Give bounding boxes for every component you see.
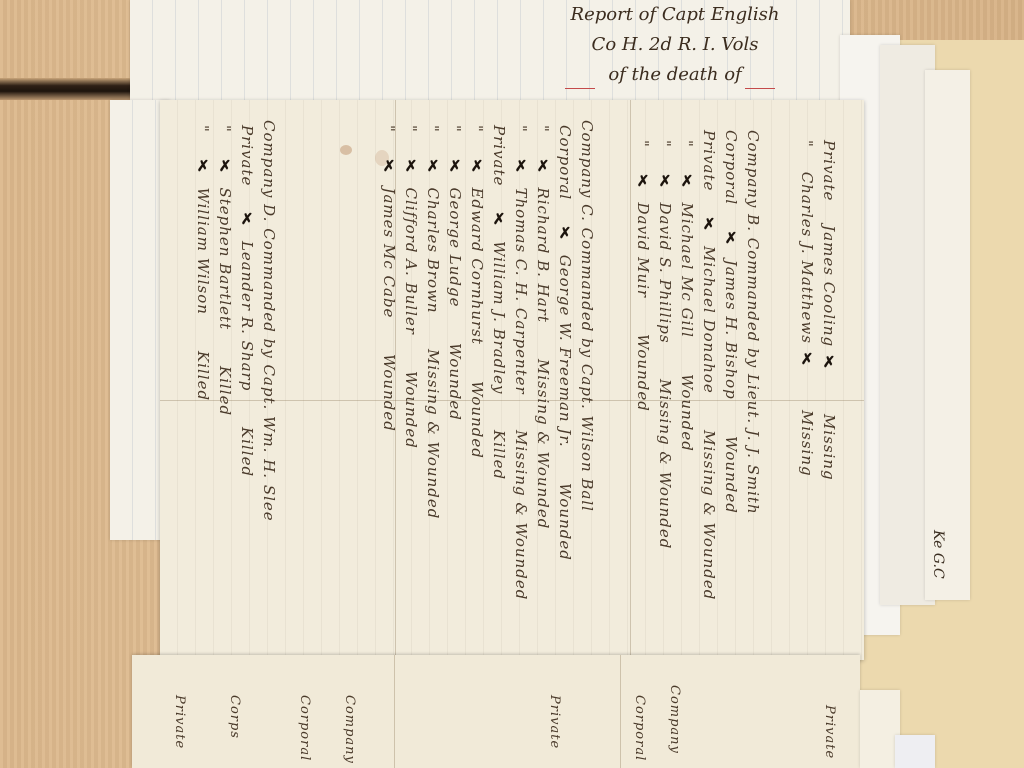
list-entry: Private ✗ Michael Donahoe Missing & Woun… (700, 130, 718, 600)
fold-line (620, 655, 621, 768)
list-entry: " ✗ Thomas C. H. Carpenter Missing & Wou… (512, 125, 530, 601)
fragment-text: Company (667, 685, 682, 754)
fragment-text: Private (172, 695, 187, 749)
list-entry: " ✗ James Mc Cabe Wounded (380, 125, 398, 432)
fragment-text: Corporal (297, 695, 312, 761)
fragment-text: Company (342, 695, 357, 764)
back-paper-3 (925, 70, 970, 600)
ink-stain (340, 145, 352, 155)
casualty-list-document: Private James Cooling ✗ Missing " Charle… (160, 100, 864, 660)
list-entry: " Charles J. Matthews ✗ Missing (798, 140, 816, 477)
back-paper-bottom (860, 690, 900, 768)
fold-line (394, 655, 395, 768)
list-entry: " ✗ Charles Brown Missing & Wounded (424, 125, 442, 520)
red-rule-left (565, 88, 595, 89)
list-entry: " ✗ Stephen Bartlett Killed (216, 125, 234, 416)
list-entry: Private ✗ William J. Bradley Killed (490, 125, 508, 480)
list-entry: " ✗ David Muir Wounded (634, 140, 652, 412)
side-tab-label: Ke G.C (930, 530, 946, 579)
lower-page-fragment: Private Corps Corporal Company Private C… (132, 655, 860, 768)
list-entry: Corporal ✗ James H. Bishop Wounded (722, 130, 740, 513)
back-paper-bottom-blue (895, 735, 935, 768)
list-entry: " ✗ George Ludge Wounded (446, 125, 464, 421)
drawer-gap (0, 78, 132, 100)
list-entry: " ✗ Michael Mc Gill Wounded (678, 140, 696, 452)
fragment-text: Private (547, 695, 562, 749)
list-entry: " ✗ Clifford A. Buller Wounded (402, 125, 420, 449)
cover-note-line-2: Co H. 2d R. I. Vols (560, 30, 790, 60)
list-entry: Private James Cooling ✗ Missing (820, 140, 838, 480)
cover-note-line-3: of the death of (560, 60, 790, 90)
list-entry: " ✗ David S. Phillips Missing & Wounded (656, 140, 674, 550)
list-entry: Private ✗ Leander R. Sharp Killed (238, 125, 256, 477)
fold-line (630, 100, 631, 660)
cover-note: Report of Capt English Co H. 2d R. I. Vo… (560, 0, 790, 96)
section-header: Company D. Commanded by Capt. Wm. H. Sle… (260, 120, 278, 522)
list-entry: " ✗ Edward Cornhurst Wounded (468, 125, 486, 459)
list-entry: " ✗ William Wilson Killed (194, 125, 212, 401)
cover-note-line-1: Report of Capt English (560, 0, 790, 30)
section-header: Company C. Commanded by Capt. Wilson Bal… (578, 120, 596, 512)
list-entry: " ✗ Richard B. Hart Missing & Wounded (534, 125, 552, 529)
fragment-text: Corps (227, 695, 242, 739)
list-entry: Corporal ✗ George W. Freeman Jr. Wounded (556, 125, 574, 561)
red-rule-right (745, 88, 775, 89)
fragment-text: Private (822, 705, 837, 759)
section-header: Company B. Commanded by Lieut. J. J. Smi… (744, 130, 762, 515)
fragment-text: Corporal (632, 695, 647, 761)
